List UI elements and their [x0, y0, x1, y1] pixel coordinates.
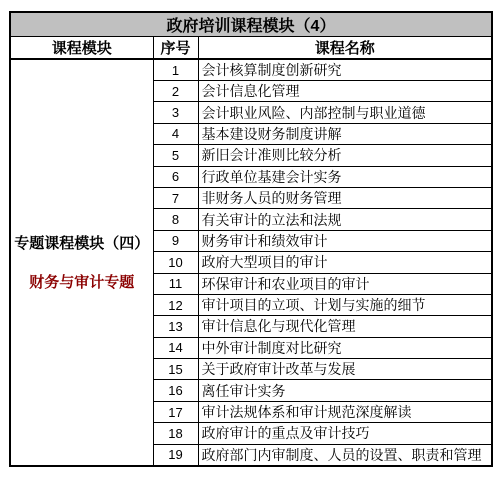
course-name: 财务审计和绩效审计: [198, 230, 492, 251]
module-title: 专题课程模块（四）: [11, 232, 153, 253]
course-name: 关于政府审计改革与发展: [198, 359, 492, 380]
course-name: 非财务人员的财务管理: [198, 187, 492, 208]
course-name: 会计核算制度创新研究: [198, 59, 492, 81]
course-name: 有关审计的立法和法规: [198, 209, 492, 230]
col-header-module: 课程模块: [10, 37, 153, 60]
table-row: 专题课程模块（四）财务与审计专题1会计核算制度创新研究: [10, 59, 492, 81]
course-number: 11: [153, 273, 198, 294]
module-subtitle: 财务与审计专题: [11, 271, 153, 292]
course-table-body: 专题课程模块（四）财务与审计专题1会计核算制度创新研究2会计信息化管理3会计职业…: [10, 59, 492, 466]
course-number: 6: [153, 166, 198, 187]
course-name: 审计信息化与现代化管理: [198, 316, 492, 337]
col-header-number: 序号: [153, 37, 198, 60]
course-name: 环保审计和农业项目的审计: [198, 273, 492, 294]
course-number: 13: [153, 316, 198, 337]
course-name: 会计信息化管理: [198, 81, 492, 102]
course-name: 离任审计实务: [198, 380, 492, 401]
course-name: 审计法规体系和审计规范深度解读: [198, 401, 492, 422]
course-number: 14: [153, 337, 198, 358]
course-name: 中外审计制度对比研究: [198, 337, 492, 358]
course-name: 政府大型项目的审计: [198, 252, 492, 273]
course-number: 19: [153, 444, 198, 466]
course-name: 审计项目的立项、计划与实施的细节: [198, 294, 492, 315]
course-number: 18: [153, 423, 198, 444]
course-name: 会计职业风险、内部控制与职业道德: [198, 102, 492, 123]
table-title-row: 政府培训课程模块（4）: [10, 12, 492, 37]
course-number: 10: [153, 252, 198, 273]
course-number: 12: [153, 294, 198, 315]
course-name: 行政单位基建会计实务: [198, 166, 492, 187]
course-number: 3: [153, 102, 198, 123]
course-number: 16: [153, 380, 198, 401]
course-table: 政府培训课程模块（4） 课程模块 序号 课程名称 专题课程模块（四）财务与审计专…: [9, 11, 493, 467]
course-name: 基本建设财务制度讲解: [198, 123, 492, 144]
course-name: 政府审计的重点及审计技巧: [198, 423, 492, 444]
course-number: 1: [153, 59, 198, 81]
course-number: 17: [153, 401, 198, 422]
course-name: 政府部门内审制度、人员的设置、职责和管理: [198, 444, 492, 466]
course-number: 8: [153, 209, 198, 230]
course-number: 5: [153, 145, 198, 166]
table-title: 政府培训课程模块（4）: [10, 12, 492, 37]
course-number: 9: [153, 230, 198, 251]
module-cell: 专题课程模块（四）财务与审计专题: [10, 59, 153, 466]
course-number: 2: [153, 81, 198, 102]
course-number: 15: [153, 359, 198, 380]
column-header-row: 课程模块 序号 课程名称: [10, 37, 492, 60]
course-number: 4: [153, 123, 198, 144]
course-name: 新旧会计准则比较分析: [198, 145, 492, 166]
course-number: 7: [153, 187, 198, 208]
page: 政府培训课程模块（4） 课程模块 序号 课程名称 专题课程模块（四）财务与审计专…: [0, 0, 500, 489]
col-header-course-name: 课程名称: [198, 37, 492, 60]
